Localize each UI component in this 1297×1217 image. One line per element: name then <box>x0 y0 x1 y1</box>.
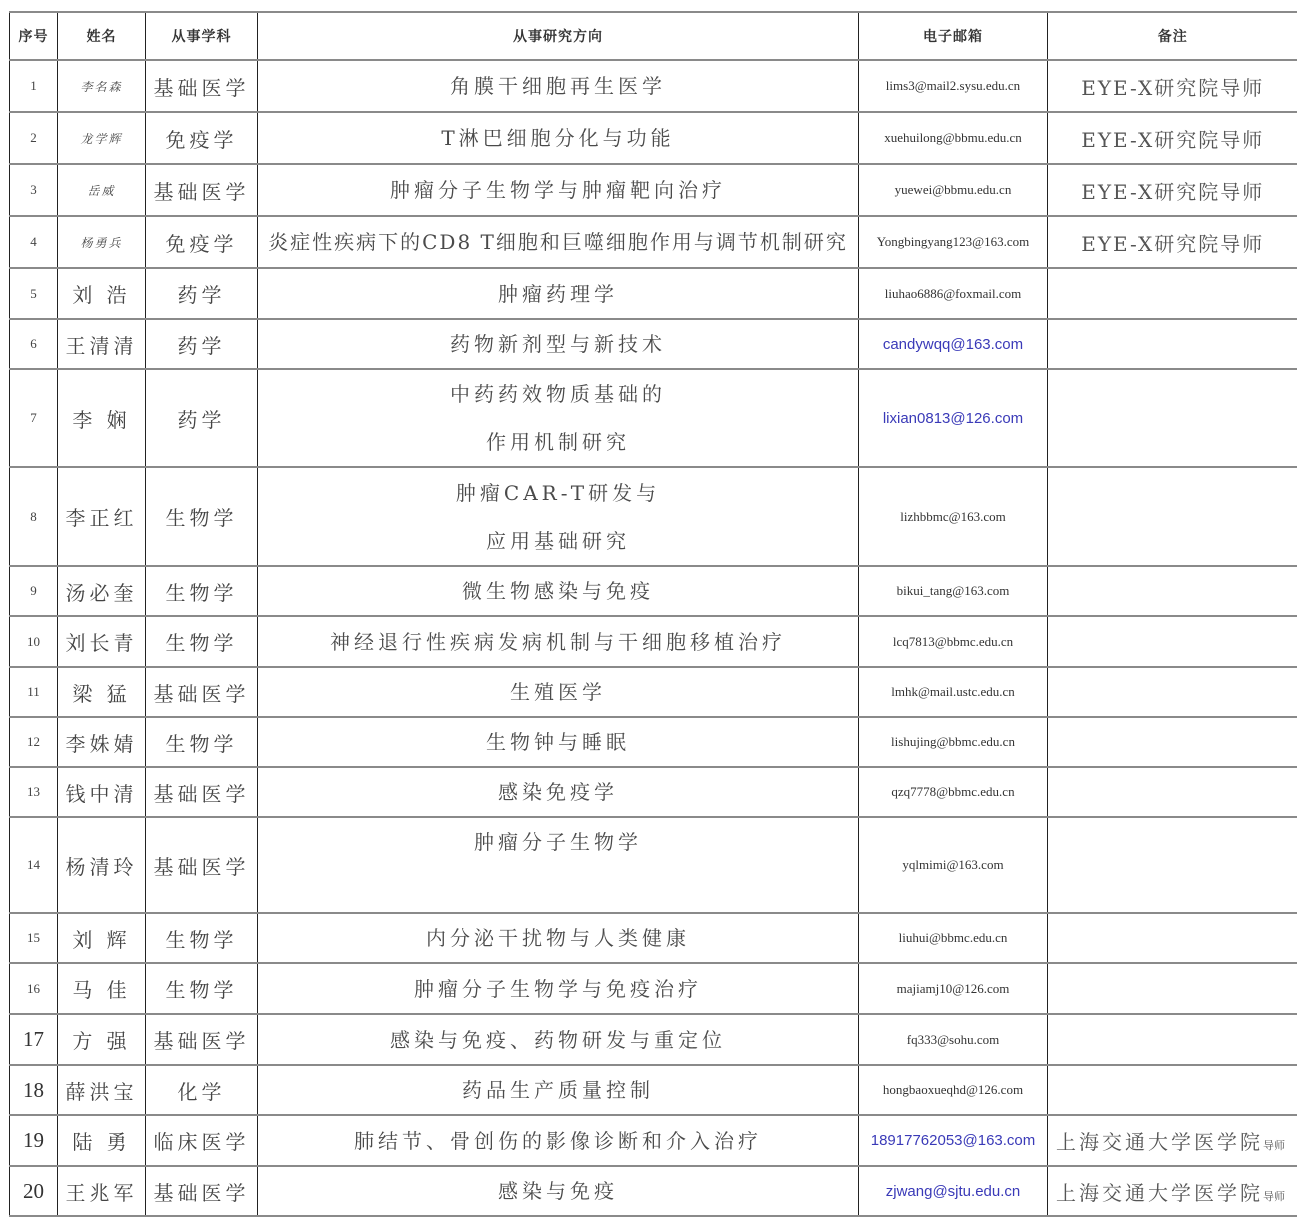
direction-line-2: 作用机制研究 <box>258 418 858 466</box>
row-no: 5 <box>10 268 58 319</box>
row-email[interactable]: lcq7813@bbmc.edu.cn <box>859 616 1048 667</box>
row-name: 李姝婧 <box>58 717 146 767</box>
row-direction: 炎症性疾病下的CD8 T细胞和巨噬细胞作用与调节机制研究 <box>258 216 859 268</box>
row-subject: 临床医学 <box>146 1115 258 1166</box>
row-note <box>1048 319 1297 369</box>
header-direction: 从事研究方向 <box>258 12 859 60</box>
row-name: 刘 浩 <box>58 268 146 319</box>
table-row: 14 杨清玲 基础医学 肿瘤分子生物学 yqlmimi@163.com <box>10 817 1297 913</box>
row-name: 梁 猛 <box>58 667 146 717</box>
row-name: 龙学辉 <box>58 112 146 164</box>
row-direction: 生殖医学 <box>258 667 859 717</box>
header-row: 序号 姓名 从事学科 从事研究方向 电子邮箱 备注 <box>10 12 1297 60</box>
row-name: 钱中清 <box>58 767 146 817</box>
row-note <box>1048 913 1297 963</box>
row-email[interactable]: qzq7778@bbmc.edu.cn <box>859 767 1048 817</box>
row-email[interactable]: lishujing@bbmc.edu.cn <box>859 717 1048 767</box>
row-direction: 微生物感染与免疫 <box>258 566 859 616</box>
note-suffix: 导师 <box>1263 1139 1285 1152</box>
table-row: 18 薛洪宝 化学 药品生产质量控制 hongbaoxueqhd@126.com <box>10 1065 1297 1115</box>
row-subject: 基础医学 <box>146 817 258 913</box>
row-name: 薛洪宝 <box>58 1065 146 1115</box>
row-note: EYE-X研究院导师 <box>1048 216 1297 268</box>
row-direction: 感染免疫学 <box>258 767 859 817</box>
table-row: 4 杨勇兵 免疫学 炎症性疾病下的CD8 T细胞和巨噬细胞作用与调节机制研究 Y… <box>10 216 1297 268</box>
row-email[interactable]: yuewei@bbmu.edu.cn <box>859 164 1048 216</box>
table-row: 7 李 娴 药学 中药药效物质基础的 作用机制研究 lixian0813@126… <box>10 369 1297 467</box>
row-no: 1 <box>10 60 58 112</box>
row-subject: 基础医学 <box>146 667 258 717</box>
table-row: 19 陆 勇 临床医学 肺结节、骨创伤的影像诊断和介入治疗 1891776205… <box>10 1115 1297 1166</box>
table-row: 3 岳威 基础医学 肿瘤分子生物学与肿瘤靶向治疗 yuewei@bbmu.edu… <box>10 164 1297 216</box>
table-row: 17 方 强 基础医学 感染与免疫、药物研发与重定位 fq333@sohu.co… <box>10 1014 1297 1065</box>
row-subject: 生物学 <box>146 717 258 767</box>
row-subject: 生物学 <box>146 963 258 1014</box>
row-direction: 感染与免疫、药物研发与重定位 <box>258 1014 859 1065</box>
row-direction: 肿瘤分子生物学 <box>258 817 859 913</box>
row-subject: 基础医学 <box>146 1014 258 1065</box>
table-row: 20 王兆军 基础医学 感染与免疫 zjwang@sjtu.edu.cn 上海交… <box>10 1166 1297 1216</box>
row-subject: 药学 <box>146 369 258 467</box>
table-row: 9 汤必奎 生物学 微生物感染与免疫 bikui_tang@163.com <box>10 566 1297 616</box>
row-subject: 药学 <box>146 319 258 369</box>
row-no: 4 <box>10 216 58 268</box>
row-name: 杨勇兵 <box>58 216 146 268</box>
row-direction: 中药药效物质基础的 作用机制研究 <box>258 369 859 467</box>
row-no: 9 <box>10 566 58 616</box>
row-direction: T淋巴细胞分化与功能 <box>258 112 859 164</box>
row-email[interactable]: majiamj10@126.com <box>859 963 1048 1014</box>
row-direction: 肿瘤分子生物学与肿瘤靶向治疗 <box>258 164 859 216</box>
row-no: 15 <box>10 913 58 963</box>
row-subject: 化学 <box>146 1065 258 1115</box>
row-subject: 生物学 <box>146 566 258 616</box>
row-name: 杨清玲 <box>58 817 146 913</box>
row-name: 方 强 <box>58 1014 146 1065</box>
row-subject: 生物学 <box>146 467 258 566</box>
row-direction: 肿瘤分子生物学与免疫治疗 <box>258 963 859 1014</box>
row-name: 马 佳 <box>58 963 146 1014</box>
row-direction: 药物新剂型与新技术 <box>258 319 859 369</box>
row-no: 19 <box>10 1115 58 1166</box>
row-direction: 肿瘤药理学 <box>258 268 859 319</box>
row-name: 刘长青 <box>58 616 146 667</box>
row-note <box>1048 717 1297 767</box>
row-direction: 生物钟与睡眠 <box>258 717 859 767</box>
table-row: 2 龙学辉 免疫学 T淋巴细胞分化与功能 xuehuilong@bbmu.edu… <box>10 112 1297 164</box>
row-email[interactable]: liuhui@bbmc.edu.cn <box>859 913 1048 963</box>
row-subject: 生物学 <box>146 913 258 963</box>
row-no: 12 <box>10 717 58 767</box>
table-row: 16 马 佳 生物学 肿瘤分子生物学与免疫治疗 majiamj10@126.co… <box>10 963 1297 1014</box>
row-subject: 药学 <box>146 268 258 319</box>
row-no: 8 <box>10 467 58 566</box>
row-no: 3 <box>10 164 58 216</box>
row-note <box>1048 616 1297 667</box>
row-direction: 角膜干细胞再生医学 <box>258 60 859 112</box>
row-email[interactable]: bikui_tang@163.com <box>859 566 1048 616</box>
row-email[interactable]: Yongbingyang123@163.com <box>859 216 1048 268</box>
table-row: 5 刘 浩 药学 肿瘤药理学 liuhao6886@foxmail.com <box>10 268 1297 319</box>
row-name: 李 娴 <box>58 369 146 467</box>
direction-line-1: 中药药效物质基础的 <box>258 370 858 418</box>
table-row: 12 李姝婧 生物学 生物钟与睡眠 lishujing@bbmc.edu.cn <box>10 717 1297 767</box>
row-note: 上海交通大学医学院导师 <box>1048 1115 1297 1166</box>
row-name: 李正红 <box>58 467 146 566</box>
row-name: 王兆军 <box>58 1166 146 1216</box>
row-name: 王清清 <box>58 319 146 369</box>
row-email[interactable]: fq333@sohu.com <box>859 1014 1048 1065</box>
row-no: 20 <box>10 1166 58 1216</box>
row-email[interactable]: candywqq@163.com <box>859 319 1048 369</box>
row-email[interactable]: yqlmimi@163.com <box>859 817 1048 913</box>
note-text: 上海交通大学医学院 <box>1056 1181 1263 1205</box>
row-subject: 基础医学 <box>146 1166 258 1216</box>
row-note: EYE-X研究院导师 <box>1048 60 1297 112</box>
table-row: 8 李正红 生物学 肿瘤CAR-T研发与 应用基础研究 lizhbbmc@163… <box>10 467 1297 566</box>
row-note <box>1048 1065 1297 1115</box>
row-no: 14 <box>10 817 58 913</box>
row-note <box>1048 369 1297 467</box>
row-name: 刘 辉 <box>58 913 146 963</box>
table-row: 11 梁 猛 基础医学 生殖医学 lmhk@mail.ustc.edu.cn <box>10 667 1297 717</box>
row-note <box>1048 817 1297 913</box>
row-no: 13 <box>10 767 58 817</box>
row-subject: 生物学 <box>146 616 258 667</box>
row-direction: 肿瘤CAR-T研发与 应用基础研究 <box>258 467 859 566</box>
header-subject: 从事学科 <box>146 12 258 60</box>
row-subject: 免疫学 <box>146 112 258 164</box>
row-no: 2 <box>10 112 58 164</box>
row-note <box>1048 268 1297 319</box>
row-no: 18 <box>10 1065 58 1115</box>
row-email[interactable]: liuhao6886@foxmail.com <box>859 268 1048 319</box>
row-no: 11 <box>10 667 58 717</box>
row-subject: 基础医学 <box>146 767 258 817</box>
row-note <box>1048 767 1297 817</box>
table-row: 1 李名森 基础医学 角膜干细胞再生医学 lims3@mail2.sysu.ed… <box>10 60 1297 112</box>
row-subject: 基础医学 <box>146 60 258 112</box>
row-direction: 内分泌干扰物与人类健康 <box>258 913 859 963</box>
note-text: 上海交通大学医学院 <box>1056 1130 1263 1154</box>
row-no: 16 <box>10 963 58 1014</box>
header-name: 姓名 <box>58 12 146 60</box>
row-note: 上海交通大学医学院导师 <box>1048 1166 1297 1216</box>
row-subject: 基础医学 <box>146 164 258 216</box>
row-name: 岳威 <box>58 164 146 216</box>
direction-line-2: 应用基础研究 <box>258 517 858 565</box>
row-note <box>1048 963 1297 1014</box>
row-note <box>1048 667 1297 717</box>
row-email[interactable]: hongbaoxueqhd@126.com <box>859 1065 1048 1115</box>
row-note <box>1048 566 1297 616</box>
header-email: 电子邮箱 <box>859 12 1048 60</box>
table-row: 6 王清清 药学 药物新剂型与新技术 candywqq@163.com <box>10 319 1297 369</box>
table-row: 13 钱中清 基础医学 感染免疫学 qzq7778@bbmc.edu.cn <box>10 767 1297 817</box>
row-no: 6 <box>10 319 58 369</box>
row-no: 17 <box>10 1014 58 1065</box>
direction-line-1: 肿瘤CAR-T研发与 <box>258 469 858 517</box>
note-suffix: 导师 <box>1263 1190 1285 1203</box>
row-email[interactable]: lmhk@mail.ustc.edu.cn <box>859 667 1048 717</box>
row-email[interactable]: xuehuilong@bbmu.edu.cn <box>859 112 1048 164</box>
table-row: 10 刘长青 生物学 神经退行性疾病发病机制与干细胞移植治疗 lcq7813@b… <box>10 616 1297 667</box>
row-direction: 神经退行性疾病发病机制与干细胞移植治疗 <box>258 616 859 667</box>
row-name: 陆 勇 <box>58 1115 146 1166</box>
row-no: 7 <box>10 369 58 467</box>
row-direction: 药品生产质量控制 <box>258 1065 859 1115</box>
row-note: EYE-X研究院导师 <box>1048 164 1297 216</box>
row-email[interactable]: zjwang@sjtu.edu.cn <box>859 1166 1048 1216</box>
row-note: EYE-X研究院导师 <box>1048 112 1297 164</box>
row-direction: 感染与免疫 <box>258 1166 859 1216</box>
row-note <box>1048 1014 1297 1065</box>
row-email[interactable]: 18917762053@163.com <box>859 1115 1048 1166</box>
header-note: 备注 <box>1048 12 1297 60</box>
row-no: 10 <box>10 616 58 667</box>
row-email[interactable]: lixian0813@126.com <box>859 369 1048 467</box>
row-subject: 免疫学 <box>146 216 258 268</box>
header-no: 序号 <box>10 12 58 60</box>
row-note <box>1048 467 1297 566</box>
row-direction: 肺结节、骨创伤的影像诊断和介入治疗 <box>258 1115 859 1166</box>
row-email[interactable]: lims3@mail2.sysu.edu.cn <box>859 60 1048 112</box>
table-row: 15 刘 辉 生物学 内分泌干扰物与人类健康 liuhui@bbmc.edu.c… <box>10 913 1297 963</box>
row-name: 李名森 <box>58 60 146 112</box>
row-email[interactable]: lizhbbmc@163.com <box>859 467 1048 566</box>
row-name: 汤必奎 <box>58 566 146 616</box>
supervisor-table: 序号 姓名 从事学科 从事研究方向 电子邮箱 备注 1 李名森 基础医学 角膜干… <box>9 11 1297 1217</box>
